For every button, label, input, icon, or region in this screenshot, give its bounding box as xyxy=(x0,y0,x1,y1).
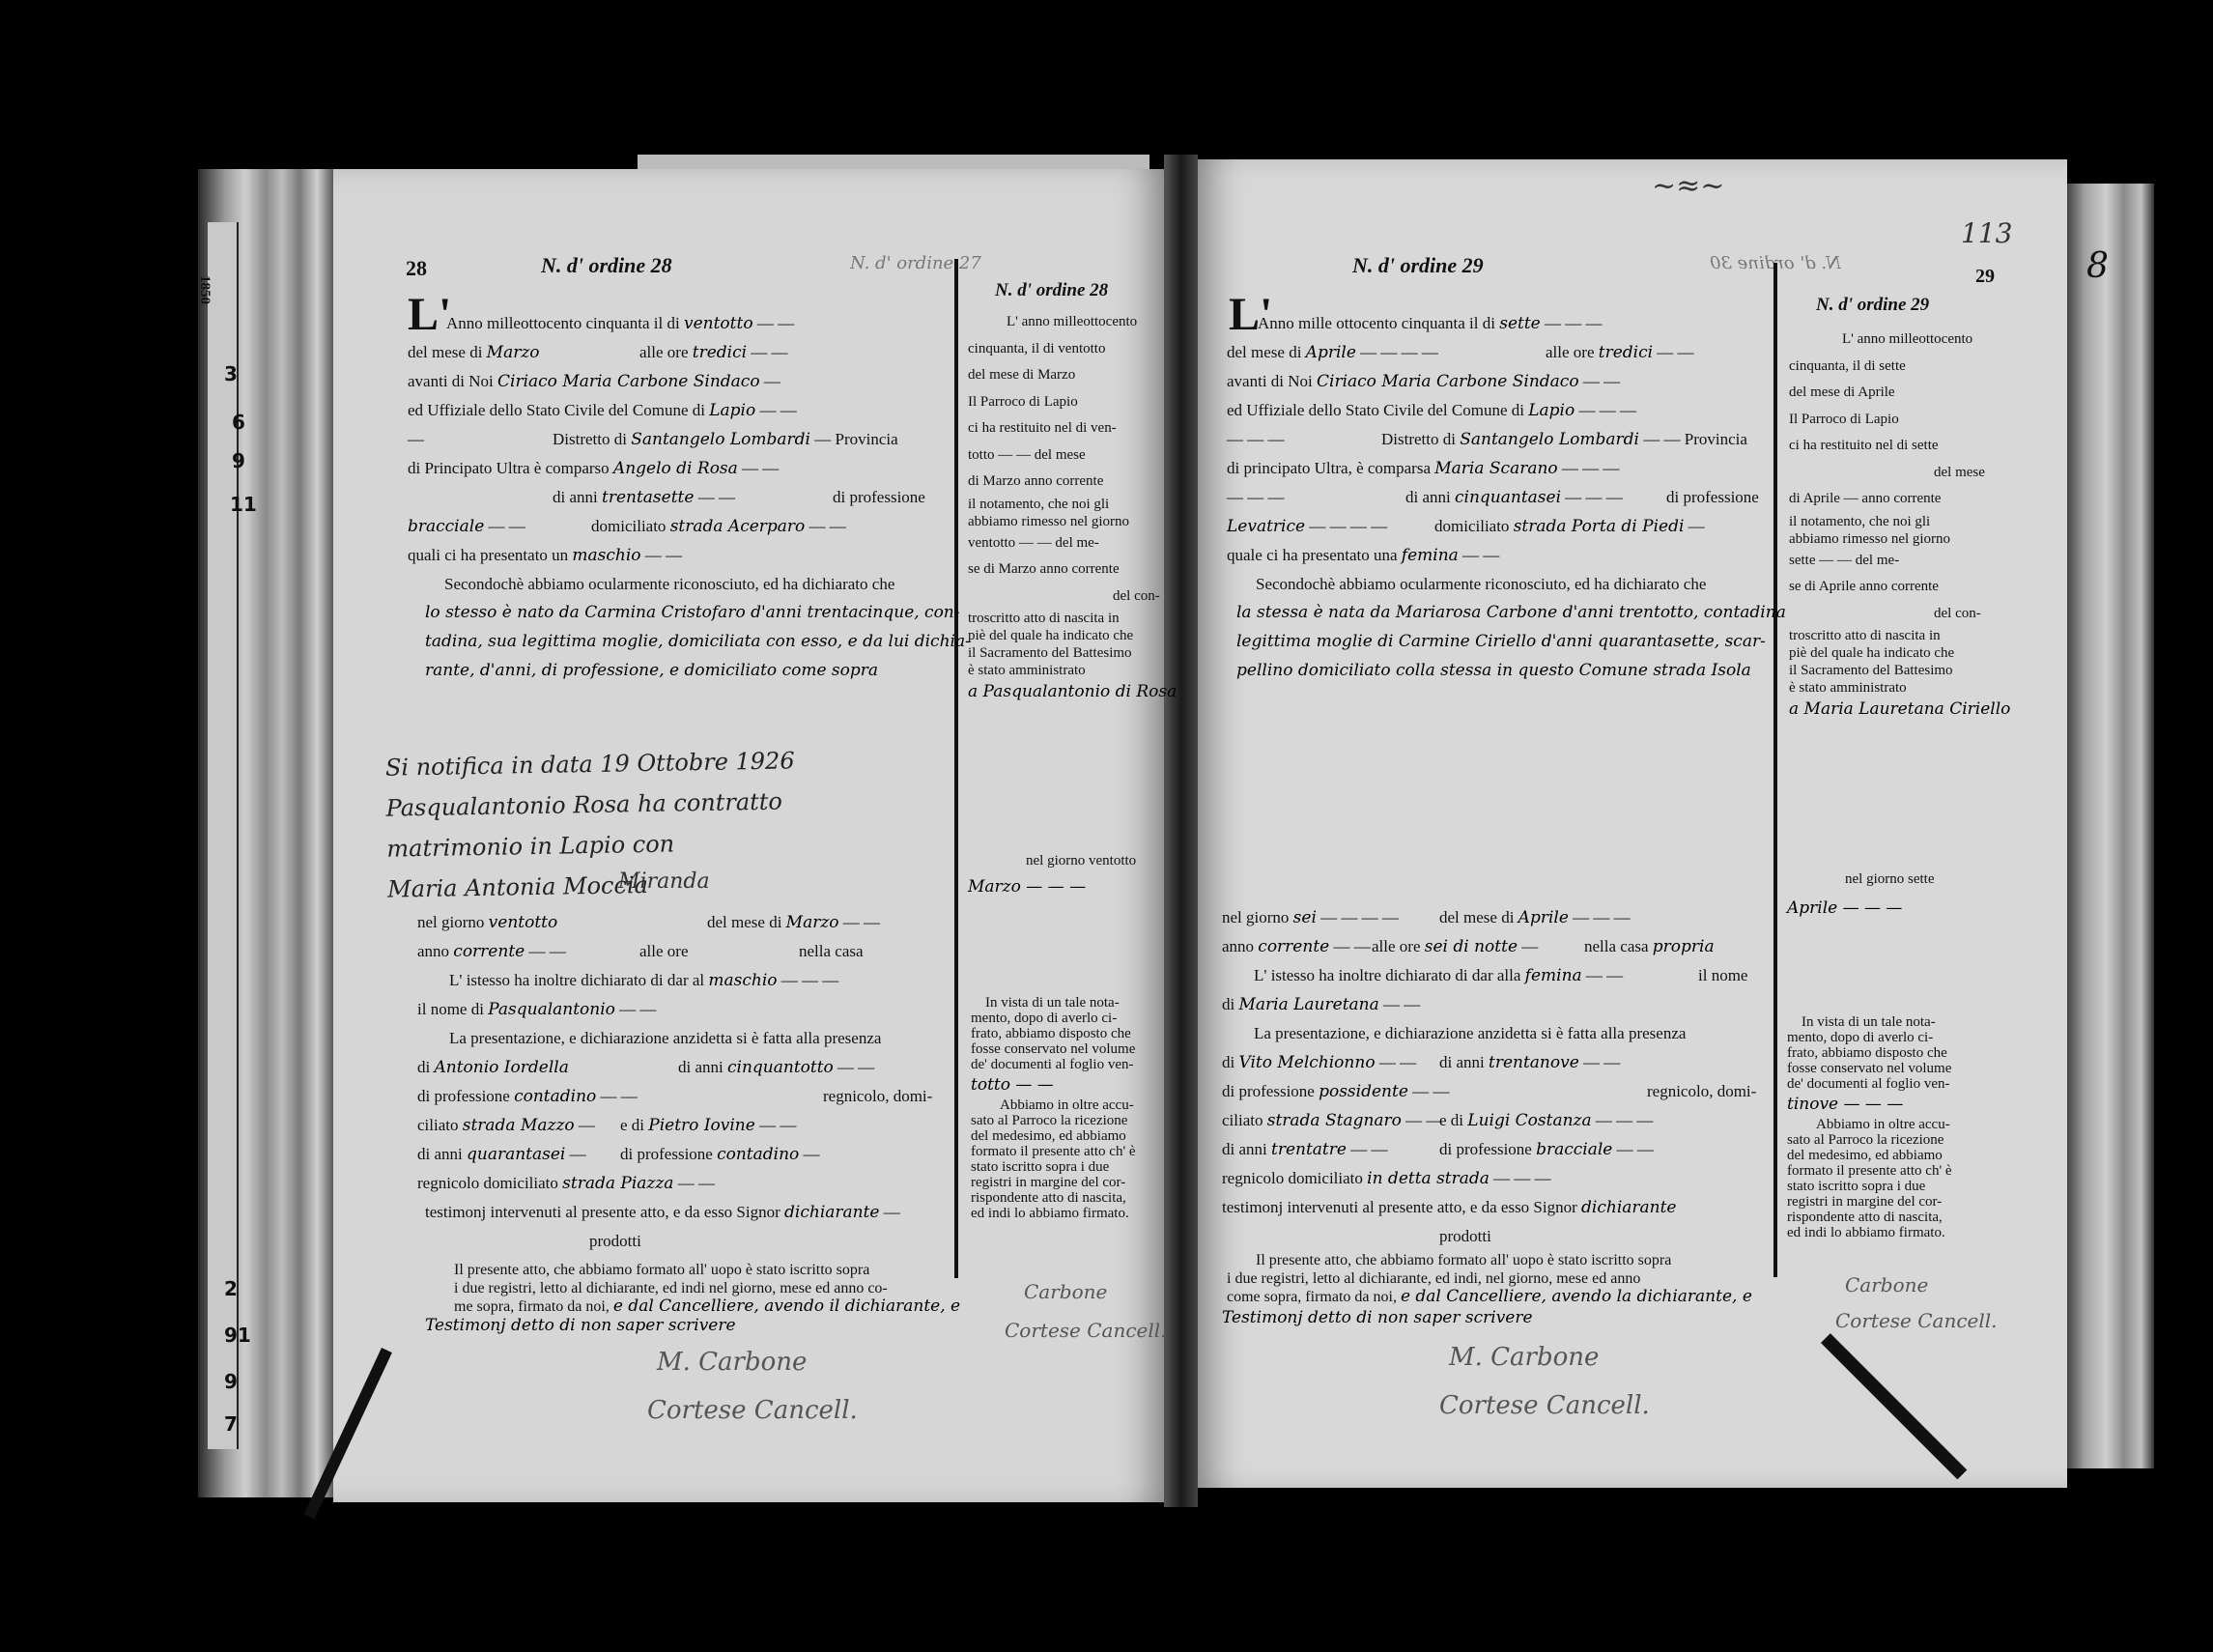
birth-line-10: regnicolo domiciliato in detta strada — … xyxy=(1222,1164,1551,1193)
act-line-3: avanti di Noi Ciriaco Maria Carbone Sind… xyxy=(408,367,780,396)
birth-line-1: nel giorno ventotto del mese di Marzo — … xyxy=(417,908,939,937)
recognition-printed: Secondochè abbiamo ocularmente riconosci… xyxy=(1256,570,1706,598)
annotation-signature: Miranda xyxy=(618,869,710,894)
act-header: N. d' ordine 28 xyxy=(541,253,672,278)
margin-column-closing: In vista di un tale nota- mento, dopo di… xyxy=(1787,1014,1952,1240)
signature-mayor: M. Carbone xyxy=(1449,1343,1599,1372)
act-line-6: di Principato Ultra è comparso Angelo di… xyxy=(408,454,779,483)
recognition-hand-3: pellino domiciliato colla stessa in ques… xyxy=(1236,657,1751,685)
margin-signature-2: Cortese Cancell. xyxy=(1005,1319,1167,1342)
signature-chancellor: Cortese Cancell. xyxy=(647,1396,858,1425)
recognition-hand-1: lo stesso è nato da Carmina Cristofaro d… xyxy=(425,599,960,627)
recognition-hand-1: la stessa è nata da Mariarosa Carbone d'… xyxy=(1236,599,1786,627)
drop-cap: L' xyxy=(408,292,451,338)
page-number: 28 xyxy=(406,256,427,281)
act-line-8: bracciale — — domiciliato strada Acerpar… xyxy=(408,512,939,541)
margin-column-bottom: nel giorno sette Aprile — — — xyxy=(1787,865,1934,923)
closing-printed: Il presente atto, che abbiamo formato al… xyxy=(1227,1251,1752,1306)
signature-chancellor: Cortese Cancell. xyxy=(1439,1391,1650,1420)
act-line-4: ed Uffiziale dello Stato Civile del Comu… xyxy=(1227,396,1636,425)
birth-line-1: nel giorno sei — — — — del mese di April… xyxy=(1222,903,1763,932)
folio-number: 113 xyxy=(1961,217,2012,249)
birth-line-8: ciliato strada Mazzo — e di Pietro Iovin… xyxy=(417,1111,939,1140)
birth-line-7: di professione contadino — — regnicolo, … xyxy=(417,1082,939,1111)
marriage-annotation: Si notifica in data 19 Ottobre 1926 Pasq… xyxy=(385,740,798,909)
birth-line-5: La presentazione, e dichiarazione anzide… xyxy=(1254,1019,1686,1047)
tab-number: 9 xyxy=(232,449,245,472)
act-line-7: — — —di anni cinquantasei — — — di profe… xyxy=(1227,483,1768,511)
act-line-1: Anno milleottocento cinquanta il di vent… xyxy=(446,309,794,338)
act-line-2: del mese di Marzo alle ore tredici — — xyxy=(408,338,939,367)
column-divider xyxy=(954,259,958,1278)
act-line-8: Levatrice — — — — domiciliato strada Por… xyxy=(1227,512,1768,541)
recognition-printed: Secondochè abbiamo ocularmente riconosci… xyxy=(444,570,894,598)
birth-line-12: prodotti xyxy=(589,1227,641,1255)
bleed-through-text: N. d' ordine 27 xyxy=(850,253,981,273)
closing-printed: Il presente atto, che abbiamo formato al… xyxy=(454,1261,960,1316)
recognition-hand-2: legittima moglie di Carmine Ciriello d'a… xyxy=(1236,628,1766,656)
page-number: 29 xyxy=(1975,266,1995,288)
edge-mark: 8 xyxy=(2086,246,2109,286)
signature-mayor: M. Carbone xyxy=(657,1348,807,1377)
margin-column-closing: In vista di un tale nota- mento, dopo di… xyxy=(971,995,1136,1221)
act-line-3: avanti di Noi Ciriaco Maria Carbone Sind… xyxy=(1227,367,1620,396)
birth-line-11: testimonj intervenuti al presente atto, … xyxy=(1222,1193,1677,1222)
margin-header: N. d' ordine 28 xyxy=(995,280,1108,301)
birth-line-2: anno corrente — — alle ore nella casa xyxy=(417,937,939,966)
birth-line-9: di anni quarantasei — di professione con… xyxy=(417,1140,939,1169)
birth-line-12: prodotti xyxy=(1439,1222,1491,1250)
birth-line-10: regnicolo domiciliato strada Piazza — — xyxy=(417,1169,715,1198)
birth-line-3: L' istesso ha inoltre dichiarato di dar … xyxy=(449,966,838,995)
birth-line-4: il nome di Pasqualantonio — — xyxy=(417,995,656,1024)
book-right-edge xyxy=(2067,184,2154,1468)
act-line-5: — Distretto di Santangelo Lombardi — Pro… xyxy=(408,425,939,453)
tab-number: 3 xyxy=(224,362,238,385)
tab-number: 2 xyxy=(224,1277,238,1300)
act-line-9: quali ci ha presentato un maschio — — xyxy=(408,541,682,570)
closing-hand: Testimonj detto di non saper scrivere xyxy=(1222,1304,1533,1332)
birth-line-7: di professione possidente — — regnicolo,… xyxy=(1222,1077,1763,1106)
act-line-1: Anno mille ottocento cinquanta il di set… xyxy=(1258,309,1603,338)
act-line-6: di principato Ultra, è comparsa Maria Sc… xyxy=(1227,454,1619,483)
margin-signature-2: Cortese Cancell. xyxy=(1835,1309,1998,1332)
margin-column-top: L' anno milleottocento cinquanta, il di … xyxy=(1789,327,2010,724)
birth-line-9: di anni trentatre — — di professione bra… xyxy=(1222,1135,1763,1164)
act-line-2: del mese di Aprile — — — — alle ore tred… xyxy=(1227,338,1768,367)
margin-column-top: L' anno milleottocento cinquanta, il di … xyxy=(968,309,1177,706)
act-line-4: ed Uffiziale dello Stato Civile del Comu… xyxy=(408,396,797,425)
birth-line-3: L' istesso ha inoltre dichiarato di dar … xyxy=(1254,961,1766,990)
spine-label: 1850 xyxy=(195,275,214,304)
birth-line-2: anno corrente — — alle ore sei di notte … xyxy=(1222,932,1763,961)
recognition-hand-2: tadina, sua legittima moglie, domiciliat… xyxy=(425,628,971,656)
birth-line-8: ciliato strada Stagnaro — — e di Luigi C… xyxy=(1222,1106,1763,1135)
birth-line-11: testimonj intervenuti al presente atto, … xyxy=(425,1198,900,1227)
margin-column-bottom: nel giorno ventotto Marzo — — — xyxy=(968,848,1136,900)
tab-number: 91 xyxy=(224,1324,251,1347)
margin-signature-1: Carbone xyxy=(1024,1280,1107,1303)
tab-number: 9 xyxy=(224,1370,238,1393)
act-header: N. d' ordine 29 xyxy=(1352,253,1484,278)
margin-header: N. d' ordine 29 xyxy=(1816,295,1929,316)
margin-signature-1: Carbone xyxy=(1845,1273,1928,1296)
act-line-5: — — —Distretto di Santangelo Lombardi — … xyxy=(1227,425,1768,453)
birth-line-6: di Antonio Iordella di anni cinquantotto… xyxy=(417,1053,939,1082)
closing-hand: Testimonj detto di non saper scrivere xyxy=(425,1312,736,1340)
tab-number: 7 xyxy=(224,1412,238,1436)
act-line-9: quale ci ha presentato una femina — — xyxy=(1227,541,1499,570)
column-divider xyxy=(1773,263,1777,1277)
birth-line-5: La presentazione, e dichiarazione anzide… xyxy=(449,1024,881,1052)
birth-line-6: di Vito Melchionno — — di anni trentanov… xyxy=(1222,1048,1763,1077)
clerk-flourish: ~≈~ xyxy=(1652,169,1724,203)
recognition-hand-3: rante, d'anni, di professione, e domicil… xyxy=(425,657,878,685)
tab-number: 11 xyxy=(230,493,257,516)
tab-number: 6 xyxy=(232,411,245,434)
birth-line-4: di Maria Lauretana — — xyxy=(1222,990,1420,1019)
index-tab-strip xyxy=(208,222,239,1449)
